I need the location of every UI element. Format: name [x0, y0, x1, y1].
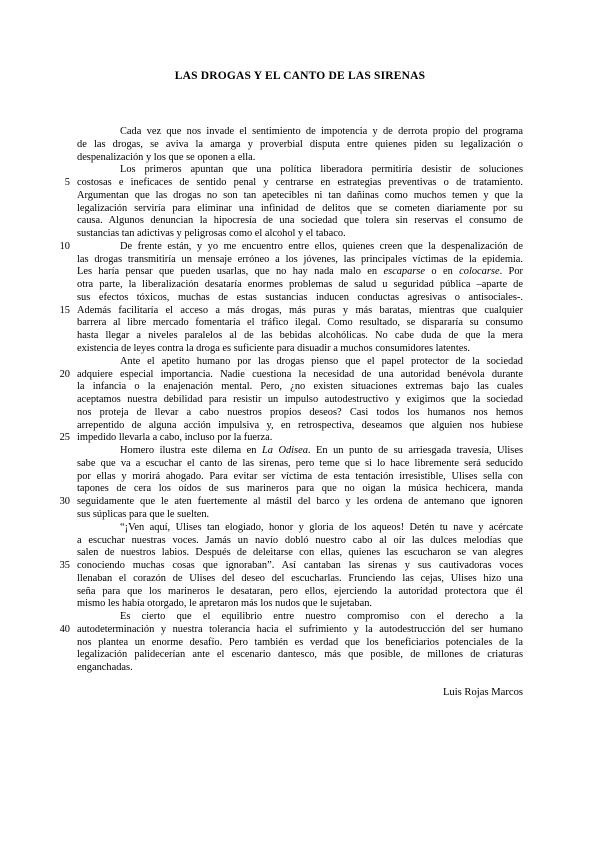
text-line: por ellas y morirá ahogado. Para evitar … [0, 471, 599, 484]
line-number [0, 547, 70, 560]
text-line: tapones de cera los oídos de sus mariner… [0, 483, 599, 496]
text-line: la infancia o la enajenación mental. Per… [0, 381, 599, 394]
line-number: 35 [0, 560, 70, 573]
line-number: 10 [0, 241, 70, 254]
line-text: las drogas transmitiría un mensaje errón… [77, 254, 523, 267]
text-line: nos proteja de llevar a cabo nuestros pr… [0, 407, 599, 420]
text-segment: . En un punto de su arriesgada travesía,… [308, 445, 523, 456]
line-number [0, 139, 70, 152]
line-number [0, 266, 70, 279]
line-number: 20 [0, 369, 70, 382]
text-line: arrepentido de alguna acción impulsiva y… [0, 420, 599, 433]
text-line: Cada vez que nos invade el sentimiento d… [0, 126, 599, 139]
line-text: sus súplicas para que le suelten. [77, 509, 523, 522]
line-text: otra parte, la liberalización desataría … [77, 279, 523, 292]
text-segment: Homero ilustra este dilema en [120, 445, 262, 456]
line-text: sabe que va a escuchar el canto de las s… [77, 458, 523, 471]
text-line: otra parte, la liberalización desataría … [0, 279, 599, 292]
line-number [0, 611, 70, 624]
line-number [0, 573, 70, 586]
line-text: a escuchar nuestras voces. Jamás un naví… [77, 535, 523, 548]
text-line: de las drogas, se aviva la amarga y prov… [0, 139, 599, 152]
line-text: de las drogas, se aviva la amarga y prov… [77, 139, 523, 152]
text-line: existencia de leyes contra la droga es s… [0, 343, 599, 356]
author-signature: Luis Rojas Marcos [77, 686, 523, 699]
line-text: autodeterminación y nuestra tolerancia h… [77, 624, 523, 637]
text-line: Es cierto que el equilibrio entre nuestr… [0, 611, 599, 624]
line-text: seguidamente que le aten fuertemente al … [77, 496, 523, 509]
line-text: “¡Ven aquí, Ulises tan elogiado, honor y… [77, 522, 523, 535]
line-text: legalización palidecerían ante el escena… [77, 649, 523, 662]
text-line: seña para que los marineros le desataran… [0, 586, 599, 599]
line-number [0, 317, 70, 330]
line-number [0, 420, 70, 433]
line-text: enganchadas. [77, 662, 523, 675]
line-text: Ante el apetito humano por las drogas pi… [77, 356, 523, 369]
line-text: llenaban el corazón de Ulises del deseo … [77, 573, 523, 586]
document-title: LAS DROGAS Y EL CANTO DE LAS SIRENAS [77, 70, 523, 82]
line-text: nos proteja de llevar a cabo nuestros pr… [77, 407, 523, 420]
text-line: 20adquiere especial importancia. Nadie c… [0, 369, 599, 382]
line-text: impedido llevarla a cabo, incluso por la… [77, 432, 523, 445]
line-number [0, 522, 70, 535]
line-text: barrera al libre mercado fomentaría el t… [77, 317, 523, 330]
line-text: tapones de cera los oídos de sus mariner… [77, 483, 523, 496]
line-text: Es cierto que el equilibrio entre nuestr… [77, 611, 523, 624]
text-line: 40autodeterminación y nuestra tolerancia… [0, 624, 599, 637]
text-line: las drogas transmitiría un mensaje errón… [0, 254, 599, 267]
text-line: llenaban el corazón de Ulises del deseo … [0, 573, 599, 586]
text-segment: . Por [500, 266, 523, 277]
line-number [0, 445, 70, 458]
text-line: 15Además facilitaría el acceso a más dro… [0, 305, 599, 318]
line-number [0, 471, 70, 484]
text-line: despenalización y los que se oponen a el… [0, 152, 599, 165]
text-line: aceptamos nuestra debilidad para resisti… [0, 394, 599, 407]
line-text: la infancia o la enajenación mental. Per… [77, 381, 523, 394]
line-text: Les haría pensar que pueden usarlas, que… [77, 266, 523, 279]
line-number: 5 [0, 177, 70, 190]
line-text: nos plantea un enorme desafío. Pero tamb… [77, 637, 523, 650]
line-number [0, 343, 70, 356]
text-line: Les haría pensar que pueden usarlas, que… [0, 266, 599, 279]
text-line: sabe que va a escuchar el canto de las s… [0, 458, 599, 471]
text-line: hasta llegar a niveles paralelos al de l… [0, 330, 599, 343]
text-line: legalización serviría para eliminar una … [0, 203, 599, 216]
line-text: despenalización y los que se oponen a el… [77, 152, 523, 165]
line-number: 40 [0, 624, 70, 637]
line-number [0, 381, 70, 394]
text-line: sus súplicas para que le suelten. [0, 509, 599, 522]
line-number [0, 649, 70, 662]
line-text: legalización serviría para eliminar una … [77, 203, 523, 216]
line-number [0, 164, 70, 177]
line-text: salen de nuestros labios. Después de del… [77, 547, 523, 560]
text-line: “¡Ven aquí, Ulises tan elogiado, honor y… [0, 522, 599, 535]
line-number [0, 356, 70, 369]
text-line: 35conociendo muchas cosas que ignoraban”… [0, 560, 599, 573]
line-number [0, 458, 70, 471]
line-number [0, 190, 70, 203]
text-line: causa. Algunos denuncian la hipocresía d… [0, 215, 599, 228]
line-number [0, 215, 70, 228]
text-line: nos plantea un enorme desafío. Pero tamb… [0, 637, 599, 650]
line-text: mismo les había otorgado, le apretaron m… [77, 598, 523, 611]
line-text: por ellas y morirá ahogado. Para evitar … [77, 471, 523, 484]
line-number [0, 598, 70, 611]
text-segment: Les haría pensar que pueden usarlas, que… [77, 266, 383, 277]
italic-text-segment: colocarse [459, 266, 499, 277]
line-text: De frente están, y yo me encuentro entre… [77, 241, 523, 254]
text-line: a escuchar nuestras voces. Jamás un naví… [0, 535, 599, 548]
text-segment: o en [425, 266, 459, 277]
line-text: adquiere especial importancia. Nadie cue… [77, 369, 523, 382]
line-number [0, 586, 70, 599]
text-line: legalización palidecerían ante el escena… [0, 649, 599, 662]
line-text: aceptamos nuestra debilidad para resisti… [77, 394, 523, 407]
line-number [0, 203, 70, 216]
italic-text-segment: escaparse [383, 266, 425, 277]
line-text: Además facilitaría el acceso a más droga… [77, 305, 523, 318]
text-line: 5costosas e ineficaces de sentido penal … [0, 177, 599, 190]
text-line: Argumentan que las drogas no son tan ape… [0, 190, 599, 203]
text-line: enganchadas. [0, 662, 599, 675]
text-line: Homero ilustra este dilema en La Odisea.… [0, 445, 599, 458]
line-number [0, 509, 70, 522]
line-number [0, 228, 70, 241]
line-number: 25 [0, 432, 70, 445]
line-text: conociendo muchas cosas que ignoraban”. … [77, 560, 523, 573]
line-text: existencia de leyes contra la droga es s… [77, 343, 523, 356]
line-number [0, 535, 70, 548]
line-text: Homero ilustra este dilema en La Odisea.… [77, 445, 523, 458]
text-line: barrera al libre mercado fomentaría el t… [0, 317, 599, 330]
line-number [0, 662, 70, 675]
text-line: 30seguidamente que le aten fuertemente a… [0, 496, 599, 509]
text-line: sus efectos tóxicos, muchas de estas sus… [0, 292, 599, 305]
line-number [0, 254, 70, 267]
text-line: mismo les había otorgado, le apretaron m… [0, 598, 599, 611]
line-number [0, 126, 70, 139]
line-number [0, 279, 70, 292]
line-number [0, 152, 70, 165]
line-text: Cada vez que nos invade el sentimiento d… [77, 126, 523, 139]
line-text: hasta llegar a niveles paralelos al de l… [77, 330, 523, 343]
text-line: 25impedido llevarla a cabo, incluso por … [0, 432, 599, 445]
text-line: 10De frente están, y yo me encuentro ent… [0, 241, 599, 254]
line-number [0, 292, 70, 305]
text-line: sustancias tan adictivas y peligrosas co… [0, 228, 599, 241]
text-line: Ante el apetito humano por las drogas pi… [0, 356, 599, 369]
line-text: seña para que los marineros le desataran… [77, 586, 523, 599]
document-body: Cada vez que nos invade el sentimiento d… [0, 126, 599, 675]
line-number [0, 637, 70, 650]
italic-text-segment: La Odisea [262, 445, 308, 456]
line-number [0, 483, 70, 496]
line-number [0, 394, 70, 407]
line-number: 30 [0, 496, 70, 509]
line-text: sus efectos tóxicos, muchas de estas sus… [77, 292, 523, 305]
line-text: Los primeros apuntan que una política li… [77, 164, 523, 177]
text-line: salen de nuestros labios. Después de del… [0, 547, 599, 560]
text-line: Los primeros apuntan que una política li… [0, 164, 599, 177]
line-number [0, 407, 70, 420]
line-text: causa. Algunos denuncian la hipocresía d… [77, 215, 523, 228]
document-page: LAS DROGAS Y EL CANTO DE LAS SIRENAS Cad… [0, 0, 599, 848]
line-text: costosas e ineficaces de sentido penal y… [77, 177, 523, 190]
line-text: Argumentan que las drogas no son tan ape… [77, 190, 523, 203]
line-number [0, 330, 70, 343]
line-text: arrepentido de alguna acción impulsiva y… [77, 420, 523, 433]
line-number: 15 [0, 305, 70, 318]
line-text: sustancias tan adictivas y peligrosas co… [77, 228, 523, 241]
